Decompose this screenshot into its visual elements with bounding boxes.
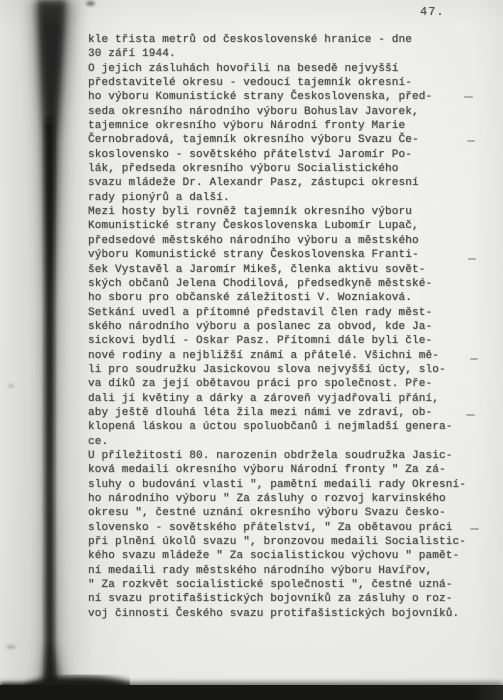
scan-smudge bbox=[8, 384, 14, 388]
scan-artifact bbox=[464, 96, 473, 98]
scan-artifact bbox=[466, 414, 475, 416]
document-body-text: kle třista metrů od československé hrani… bbox=[88, 33, 480, 621]
scan-artifact bbox=[467, 140, 475, 142]
scan-artifact bbox=[468, 258, 476, 260]
scan-smudge bbox=[6, 645, 16, 649]
scan-edge-bottom bbox=[0, 685, 503, 700]
scan-artifact bbox=[470, 528, 479, 530]
scanned-document-page: 47. kle třista metrů od československé h… bbox=[0, 0, 503, 700]
page-number: 47. bbox=[420, 5, 445, 19]
scan-artifact bbox=[470, 358, 478, 360]
scan-smudge bbox=[86, 1, 95, 6]
